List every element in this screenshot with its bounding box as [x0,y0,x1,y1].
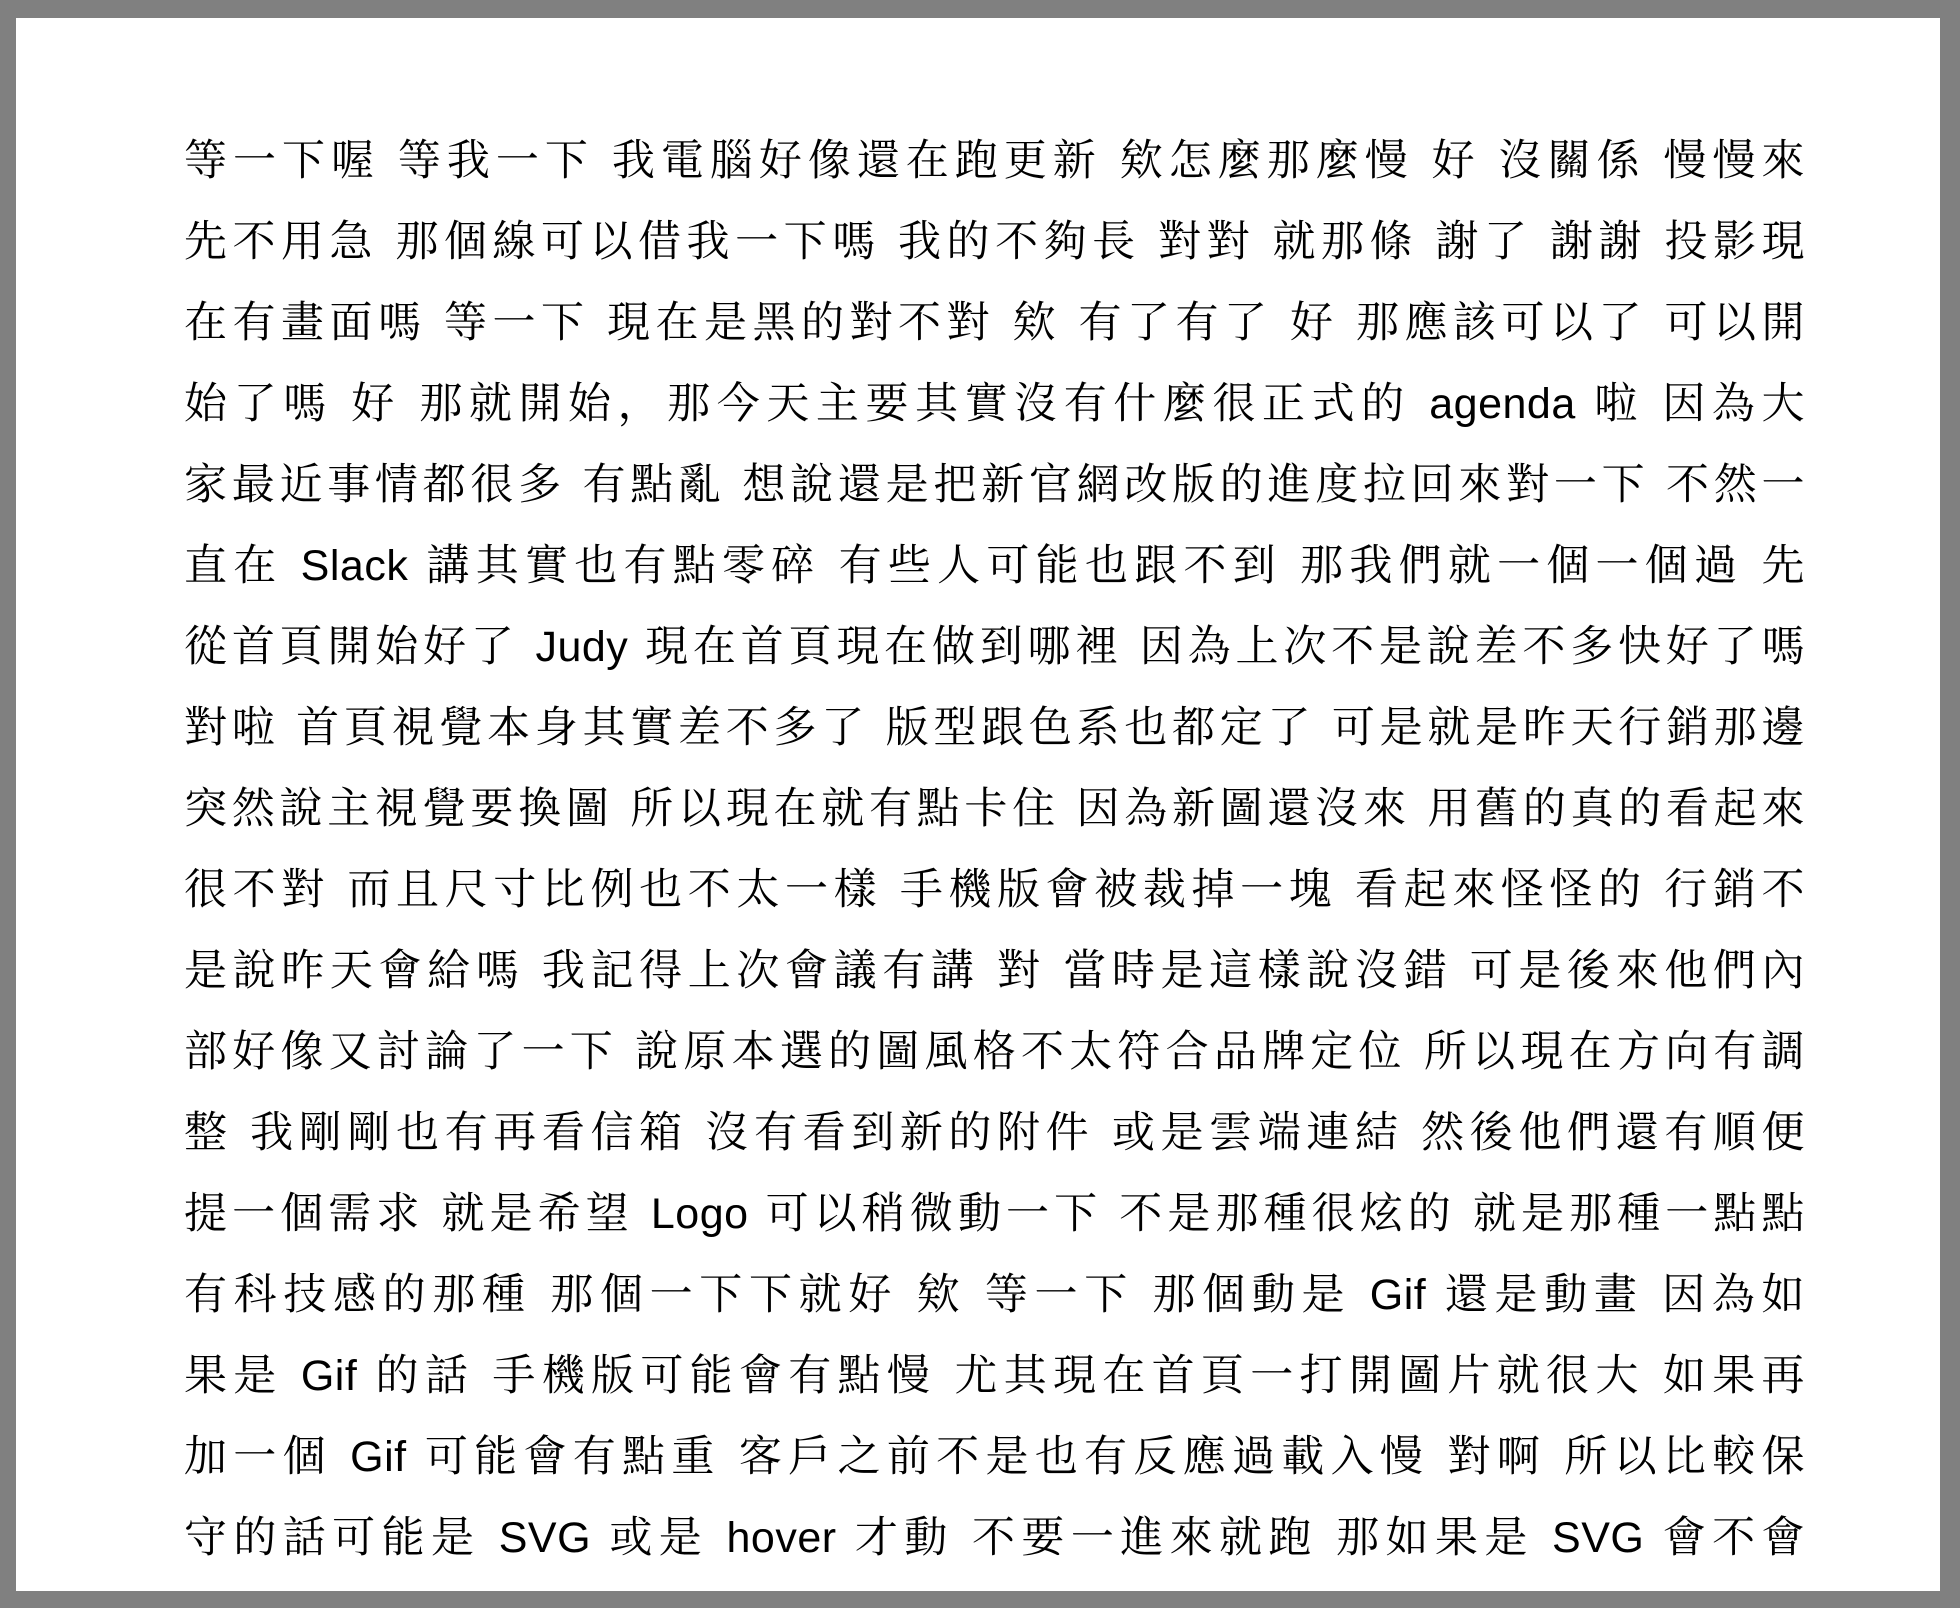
transcript-line: 直在 Slack 講其實也有點零碎 有些人可能也跟不到 那我們就一個一個過 先 [184,526,1805,607]
transcript-line: 先不用急 那個線可以借我一下嗎 我的不夠長 對對 就那條 謝了 謝謝 投影現 [184,202,1805,283]
transcript-line: 部好像又討論了一下 說原本選的圖風格不太符合品牌定位 所以現在方向有調 [184,1012,1805,1093]
transcript-line: 加一個 Gif 可能會有點重 客戶之前不是也有反應過載入慢 對啊 所以比較保 [184,1417,1805,1498]
transcript-line: 從首頁開始好了 Judy 現在首頁現在做到哪裡 因為上次不是說差不多快好了嗎 [184,607,1805,688]
transcript-line: 家最近事情都很多 有點亂 想說還是把新官網改版的進度拉回來對一下 不然一 [184,445,1805,526]
document-page: 等一下喔 等我一下 我電腦好像還在跑更新 欸怎麼那麼慢 好 沒關係 慢慢來 先不… [16,18,1940,1591]
transcript-line: 有科技感的那種 那個一下下就好 欸 等一下 那個動是 Gif 還是動畫 因為如 [184,1255,1805,1336]
transcript-line: 是說昨天會給嗎 我記得上次會議有講 對 當時是這樣說沒錯 可是後來他們內 [184,931,1805,1012]
transcript-line: 整 我剛剛也有再看信箱 沒有看到新的附件 或是雲端連結 然後他們還有順便 [184,1093,1805,1174]
transcript-line: 在有畫面嗎 等一下 現在是黑的對不對 欸 有了有了 好 那應該可以了 可以開 [184,283,1805,364]
transcript-line: 守的話可能是 SVG 或是 hover 才動 不要一進來就跑 那如果是 SVG … [184,1498,1805,1579]
transcript-line: 提一個需求 就是希望 Logo 可以稍微動一下 不是那種很炫的 就是那種一點點 [184,1174,1805,1255]
transcript-line: 等一下喔 等我一下 我電腦好像還在跑更新 欸怎麼那麼慢 好 沒關係 慢慢來 [184,121,1805,202]
transcript-line: 果是 Gif 的話 手機版可能會有點慢 尤其現在首頁一打開圖片就很大 如果再 [184,1336,1805,1417]
transcript: 等一下喔 等我一下 我電腦好像還在跑更新 欸怎麼那麼慢 好 沒關係 慢慢來 先不… [184,121,1805,1579]
transcript-line: 始了嗎 好 那就開始，那今天主要其實沒有什麼很正式的 agenda 啦 因為大 [184,364,1805,445]
transcript-line: 突然說主視覺要換圖 所以現在就有點卡住 因為新圖還沒來 用舊的真的看起來 [184,769,1805,850]
transcript-line: 對啦 首頁視覺本身其實差不多了 版型跟色系也都定了 可是就是昨天行銷那邊 [184,688,1805,769]
transcript-line: 很不對 而且尺寸比例也不太一樣 手機版會被裁掉一塊 看起來怪怪的 行銷不 [184,850,1805,931]
